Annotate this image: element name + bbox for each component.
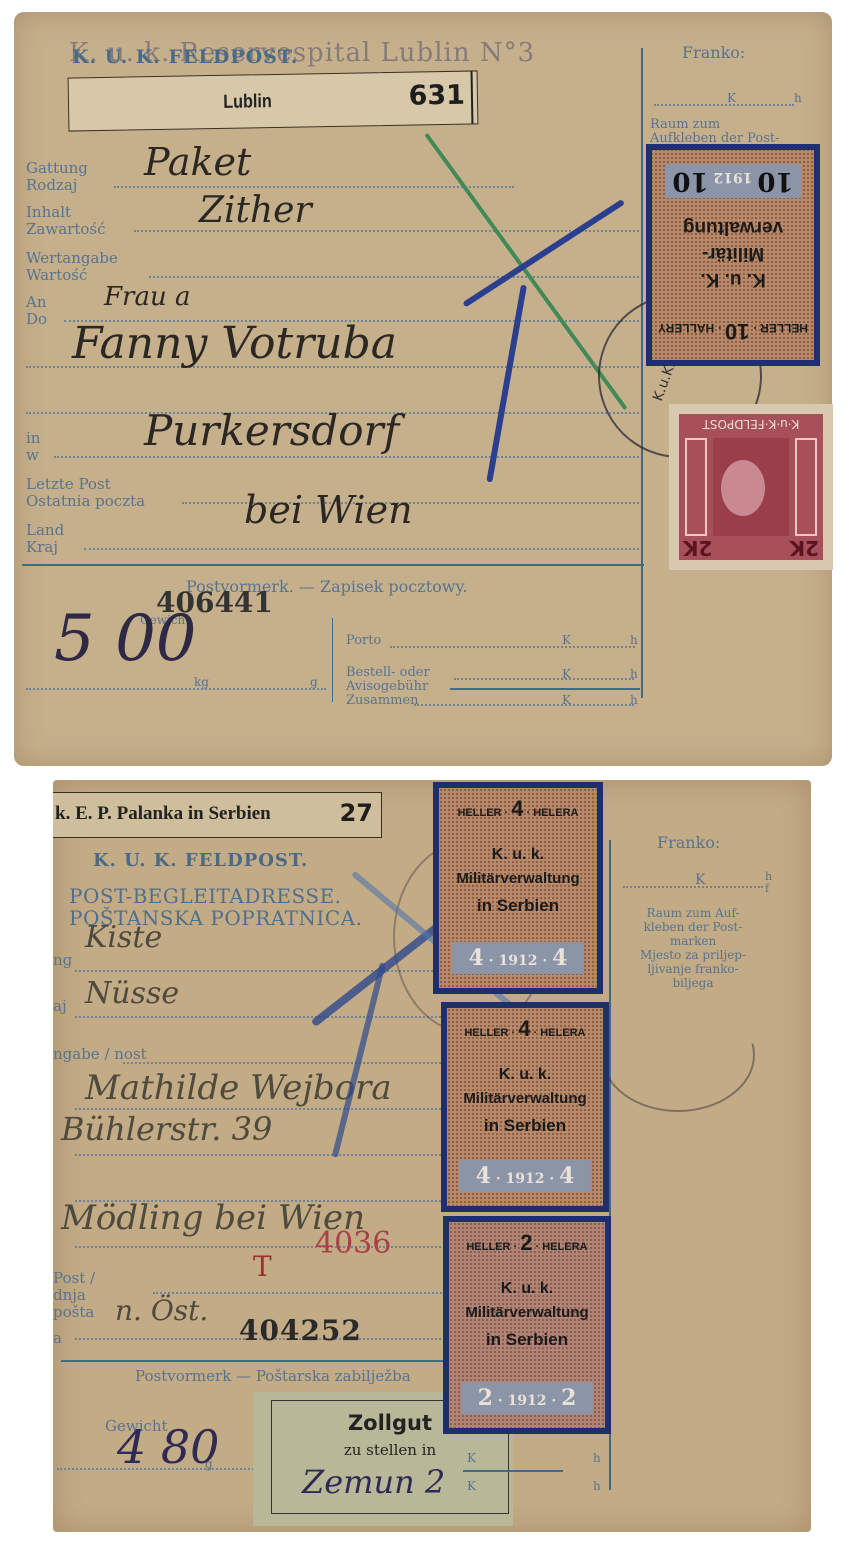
last-post-value-2: n. Öst.: [115, 1294, 208, 1327]
label-place: Lublin: [223, 91, 272, 114]
label-number-27: 27: [340, 799, 373, 827]
franko-dots-2: [623, 886, 763, 888]
field-inhalt-value: Zither: [199, 190, 312, 231]
fee-h-1: h: [593, 1450, 601, 1467]
stamp-4-heller-serbien-1: HELLER · 4 · HELERA K. u. k. Militärverw…: [433, 782, 603, 994]
stamp-portrait: [713, 438, 789, 536]
fee-bestell-label: Bestell- oder Avisogebühr: [346, 666, 456, 694]
franko-h: h: [794, 90, 802, 107]
fee-rule-2: [463, 1470, 563, 1472]
stamp-border-right: [685, 438, 707, 536]
field-an-value: Frau a: [104, 282, 190, 312]
franko-title-2: Franko:: [657, 834, 720, 851]
recipient-street: Bühlerstr. 39: [61, 1110, 272, 1148]
field-an-label: AnDo: [26, 294, 47, 328]
field-land-label-2: a: [53, 1330, 62, 1347]
field-land-label: LandKraj: [26, 522, 64, 556]
section-divider-2: [61, 1360, 453, 1362]
field-wertangabe-line: [149, 276, 639, 278]
feldpost-header: K. U. K. FELDPOST.: [72, 46, 298, 68]
fee-porto-h: h: [630, 632, 638, 649]
fee-sum-rule: [450, 688, 640, 690]
section-divider: [22, 564, 644, 566]
franko-k-2: K: [695, 872, 705, 889]
fee-zusammen-h: h: [630, 692, 638, 709]
last-post-value: bei Wien: [244, 488, 413, 532]
blue-crayon-stroke-2: [486, 284, 527, 482]
field-gattung-line: [114, 186, 514, 188]
field-1-line: [75, 970, 445, 972]
stamp-2k-feldpost-inverted: K·u·K·FELDPOST 2K 2K: [669, 404, 833, 570]
stamp-4-heller-serbien-2: HELLER · 4 · HELERA K. u. k. Militärverw…: [441, 1002, 609, 1212]
fee-k-1: K: [467, 1450, 476, 1467]
fee-zusammen-line: [414, 704, 634, 706]
field-wertangabe-label: WertangabeWartość: [26, 250, 118, 284]
gewicht-line: [26, 688, 326, 690]
label-border: [471, 72, 474, 124]
field-1-value: Kiste: [85, 920, 162, 955]
field-in-line: [54, 456, 639, 458]
serbien-cancel-postmark: [601, 998, 755, 1112]
label-number: 631: [408, 80, 465, 112]
title-begleitadresse: POST-BEGLEITADRESSE.: [69, 884, 342, 908]
franko-title: Franko:: [682, 44, 745, 61]
office-label-palanka: k. E. P. Palanka in Serbien 27: [53, 792, 382, 838]
fee-bestell-k: K: [562, 666, 571, 683]
fee-zusammen-label: Zusammen: [346, 692, 419, 709]
field-gattung-label: GattungRodzaj: [26, 160, 88, 194]
feldpost-header-2: K. U. K. FELDPOST.: [93, 850, 308, 871]
serial-number-2: 404252: [239, 1314, 362, 1347]
fee-porto-k: K: [562, 632, 571, 649]
office-label: Lublin 631: [68, 70, 479, 131]
franko-k: K: [727, 90, 736, 107]
field-post-label: Post / dnja pošta: [53, 1270, 123, 1321]
weight-handwritten-2: 4 80: [117, 1420, 219, 1474]
green-crayon-stroke: [424, 133, 627, 410]
field-2-line: [75, 1016, 445, 1018]
fee-k-2: K: [467, 1478, 476, 1495]
field-land-line: [84, 548, 639, 550]
franko-raum-text: Raum zum Aufkleben der Post-: [650, 118, 790, 146]
red-number-mark: 4036: [315, 1226, 391, 1261]
fee-porto-line: [390, 646, 635, 648]
recipient-town: Purkersdorf: [144, 406, 399, 455]
stamp-2-heller-serbien: HELLER · 2 · HELERA K. u. k. Militärverw…: [443, 1216, 611, 1434]
red-t-mark: T: [253, 1250, 272, 1283]
postvermerk-title-2: Postvormerk — Poštarska zabilježba: [135, 1368, 411, 1385]
field-inhalt-label: InhaltZawartość: [26, 204, 105, 238]
parcel-card-lublin: K. u. k. Reservespital Lublin N°3 K. U. …: [14, 12, 832, 766]
field-in-label: inw: [26, 430, 40, 464]
fee-bestell-h: h: [630, 666, 638, 683]
stamp-border-left: [795, 438, 817, 536]
fee-porto-label: Porto: [346, 632, 381, 649]
kg-label: kg: [194, 674, 209, 691]
field-5-line: [75, 1154, 445, 1156]
field-2-value: Nüsse: [85, 976, 179, 1011]
field-3-line: [123, 1062, 445, 1064]
franko-dots: [654, 104, 794, 106]
label-place-palanka: k. E. P. Palanka in Serbien: [55, 803, 271, 825]
franko-f-2: f: [765, 880, 769, 897]
field-letzte-post-label: Letzte PostOstatnia poczta: [26, 476, 145, 510]
g-label: g: [310, 674, 318, 691]
weight-handwritten: 5 00: [54, 602, 197, 676]
fee-bestell-line: [454, 678, 634, 680]
field-gattung-value: Paket: [144, 140, 251, 184]
fee-zusammen-k: K: [562, 692, 571, 709]
franko-raum-text-2: Raum zum Auf- kleben der Post- marken Mj…: [623, 906, 763, 990]
fee-h-2: h: [593, 1478, 601, 1495]
parcel-card-palanka: k. E. P. Palanka in Serbien 27 K. U. K. …: [53, 780, 811, 1532]
field-1-label: ng: [53, 952, 72, 969]
zollgut-destination: Zemun 2: [302, 1463, 445, 1501]
recipient-name: Fanny Votruba: [72, 318, 397, 369]
field-2-label: aj: [53, 998, 67, 1015]
fees-divider: [332, 618, 333, 702]
stamp-10-heller-inverted: HELLER · 10 · HALLERY K. u. K. Militär- …: [646, 144, 820, 366]
field-3-label: ngabe / nost: [53, 1046, 147, 1063]
